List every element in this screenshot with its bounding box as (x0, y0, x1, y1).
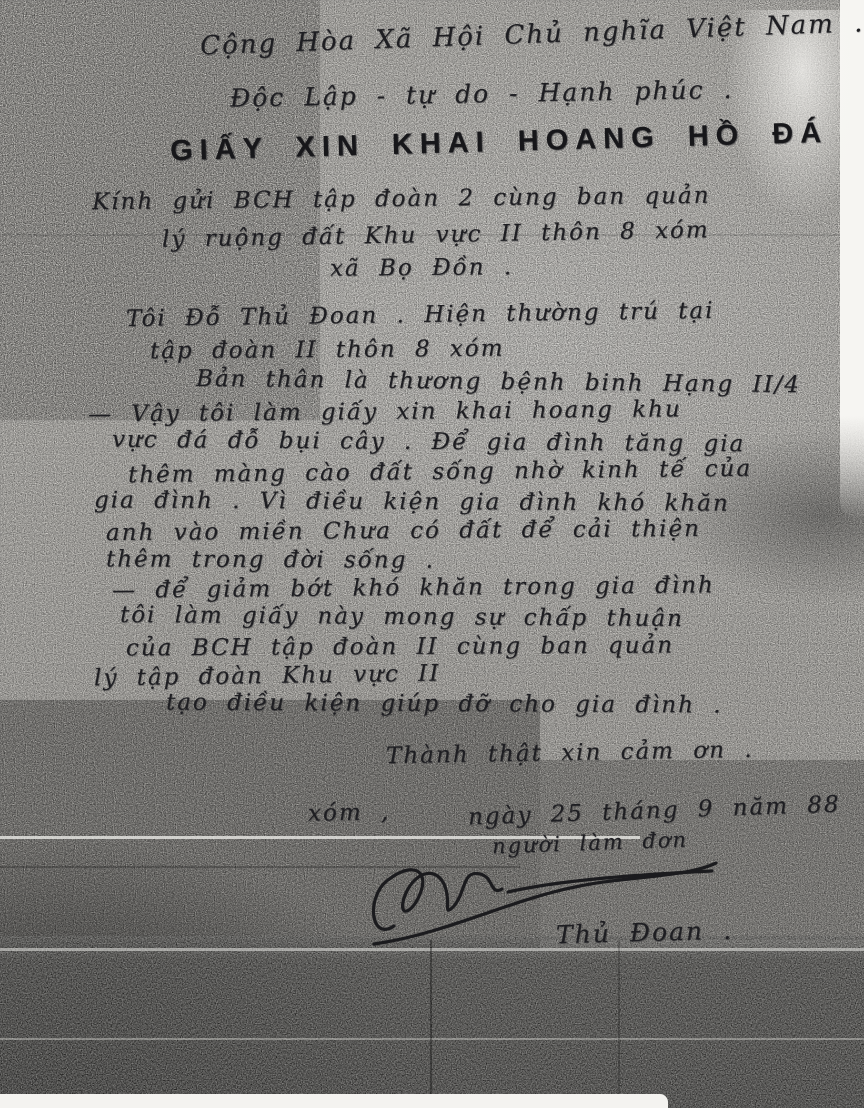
body-line: tạo điều kiện giúp đỡ cho gia đình . (166, 690, 723, 719)
body-line: anh vào miền Chưa có đất để cải thiện (106, 516, 701, 546)
scan-fold-line (430, 940, 432, 1108)
page-edge-white-bottom (0, 1094, 668, 1108)
signature-name: Thủ Đoan . (556, 916, 734, 950)
body-line: tập đoàn II thôn 8 xóm (150, 336, 505, 364)
body-line: vực đá đỗ bụi cây . Để gia đình tăng gia (112, 427, 745, 457)
body-line: gia đình . Vì điều kiện gia đình khó khă… (94, 487, 730, 516)
body-line: của BCH tập đoàn II cùng ban quản (126, 633, 674, 662)
body-line: thêm trong đời sống . (106, 546, 435, 573)
scanned-letter-page: Cộng Hòa Xã Hội Chủ nghĩa Việt Nam . Độc… (0, 0, 864, 1108)
body-line: tôi làm giấy này mong sự chấp thuận (120, 602, 684, 632)
body-line: — Vậy tôi làm giấy xin khai hoang khu (88, 396, 682, 427)
scan-dark-band (0, 936, 864, 1108)
salutation-line: xã Bọ Đồn . (330, 254, 513, 282)
scan-fold-line (618, 940, 620, 1108)
signature-place: xóm , (308, 799, 391, 826)
body-line: — để giảm bớt khó khăn trong gia đình (112, 572, 715, 603)
body-line: lý tập đoàn Khu vực II (94, 661, 441, 692)
